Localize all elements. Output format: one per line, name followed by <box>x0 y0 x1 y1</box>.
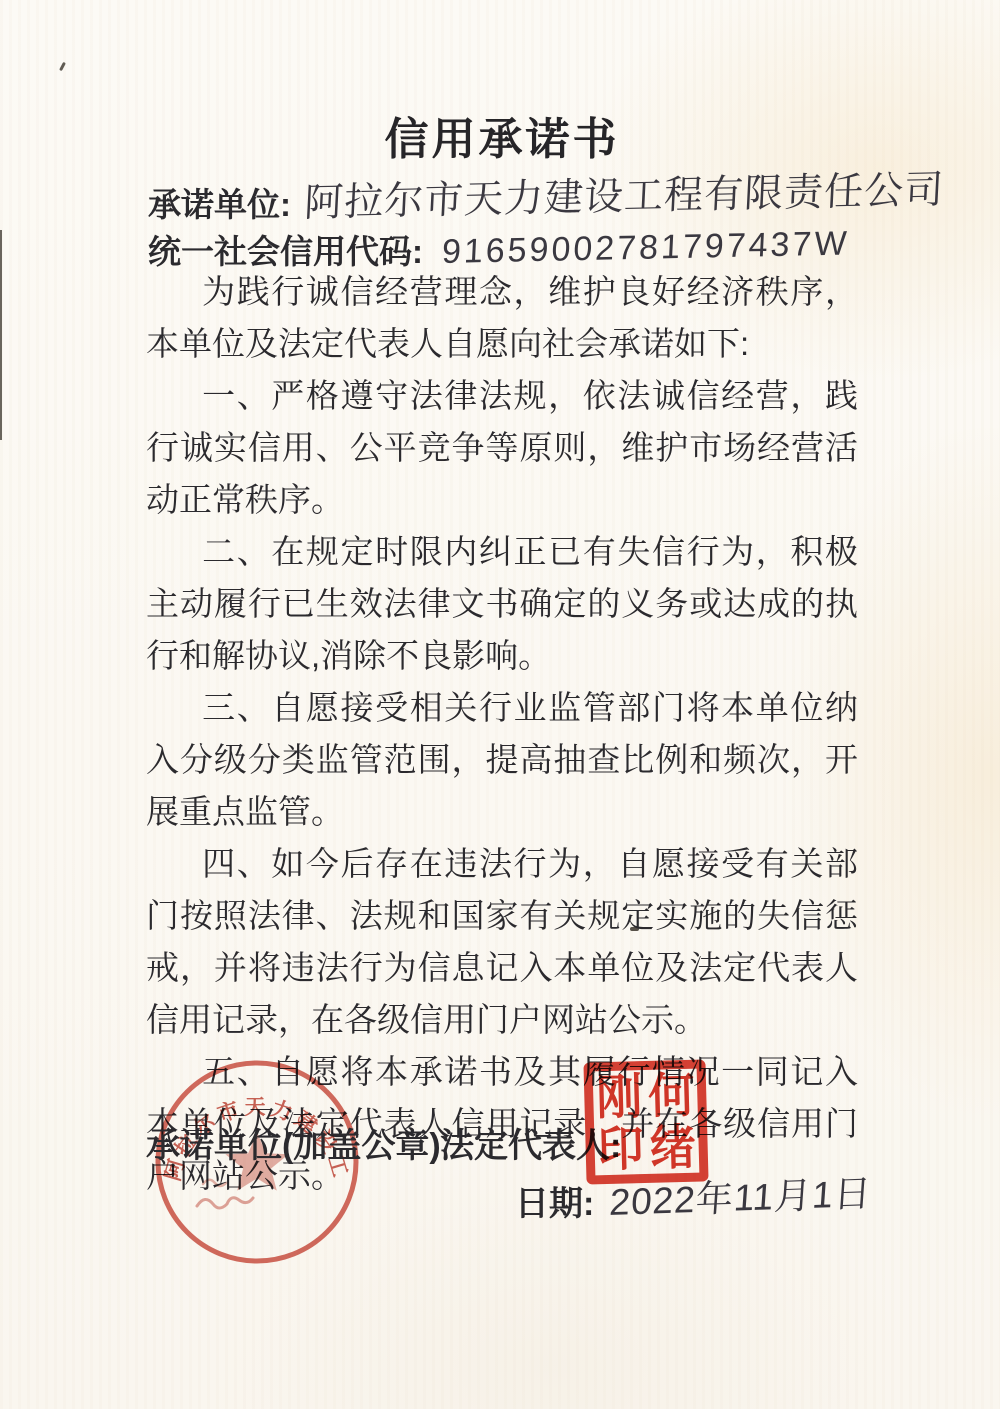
uyghur-script-arc <box>197 1198 253 1208</box>
unit-stamp-label: 承诺单位(加盖公章) <box>146 1118 441 1167</box>
seal-char: 何 <box>648 1071 695 1120</box>
commitment-item-4: 四、如今后存在违法行为，自愿接受有关部门按照法律、法规和国家有关规定实施的失信惩… <box>146 838 858 1046</box>
seal-char: 刚 <box>596 1072 643 1121</box>
seal-char: 绪 <box>649 1123 696 1172</box>
commitment-item-3: 三、自愿接受相关行业监管部门将本单位纳入分级分类监管范围，提高抽查比例和频次，开… <box>146 682 858 838</box>
ink-speck <box>59 62 66 71</box>
committing-unit-label: 承诺单位: <box>148 186 291 223</box>
scan-edge-artifact <box>0 230 2 440</box>
credit-code-value-handwritten: 91659002781797437W <box>441 224 850 272</box>
field-committing-unit: 承诺单位: 阿拉尔市天力建设工程有限责任公司 <box>148 172 943 228</box>
scanned-credit-commitment-letter: 信用承诺书 承诺单位: 阿拉尔市天力建设工程有限责任公司 统一社会信用代码: 9… <box>0 0 1000 1409</box>
intro-paragraph: 为践行诚信经营理念，维护良好经济秩序，本单位及法定代表人自愿向社会承诺如下: <box>146 266 858 370</box>
personal-name-seal: 刚 何 印 绪 <box>583 1059 708 1184</box>
date-row: 日期: 2022年11月1日 <box>515 1172 870 1226</box>
uyghur-script-arc <box>203 1180 226 1186</box>
commitment-item-2: 二、在规定时限内纠正已有失信行为，积极主动履行已生效法律文书确定的义务或达成的执… <box>146 526 858 682</box>
date-value-handwritten: 2022年11月1日 <box>608 1163 874 1226</box>
committing-unit-value-handwritten: 阿拉尔市天力建设工程有限责任公司 <box>303 159 946 228</box>
page-title: 信用承诺书 <box>146 103 858 167</box>
seal-char: 印 <box>597 1124 644 1173</box>
commitment-item-1: 一、严格遵守法律法规，依法诚信经营，践行诚实信用、公平竞争等原则，维护市场经营活… <box>146 370 858 526</box>
date-label: 日期: <box>515 1185 594 1223</box>
credit-code-label: 统一社会信用代码: <box>148 233 423 270</box>
